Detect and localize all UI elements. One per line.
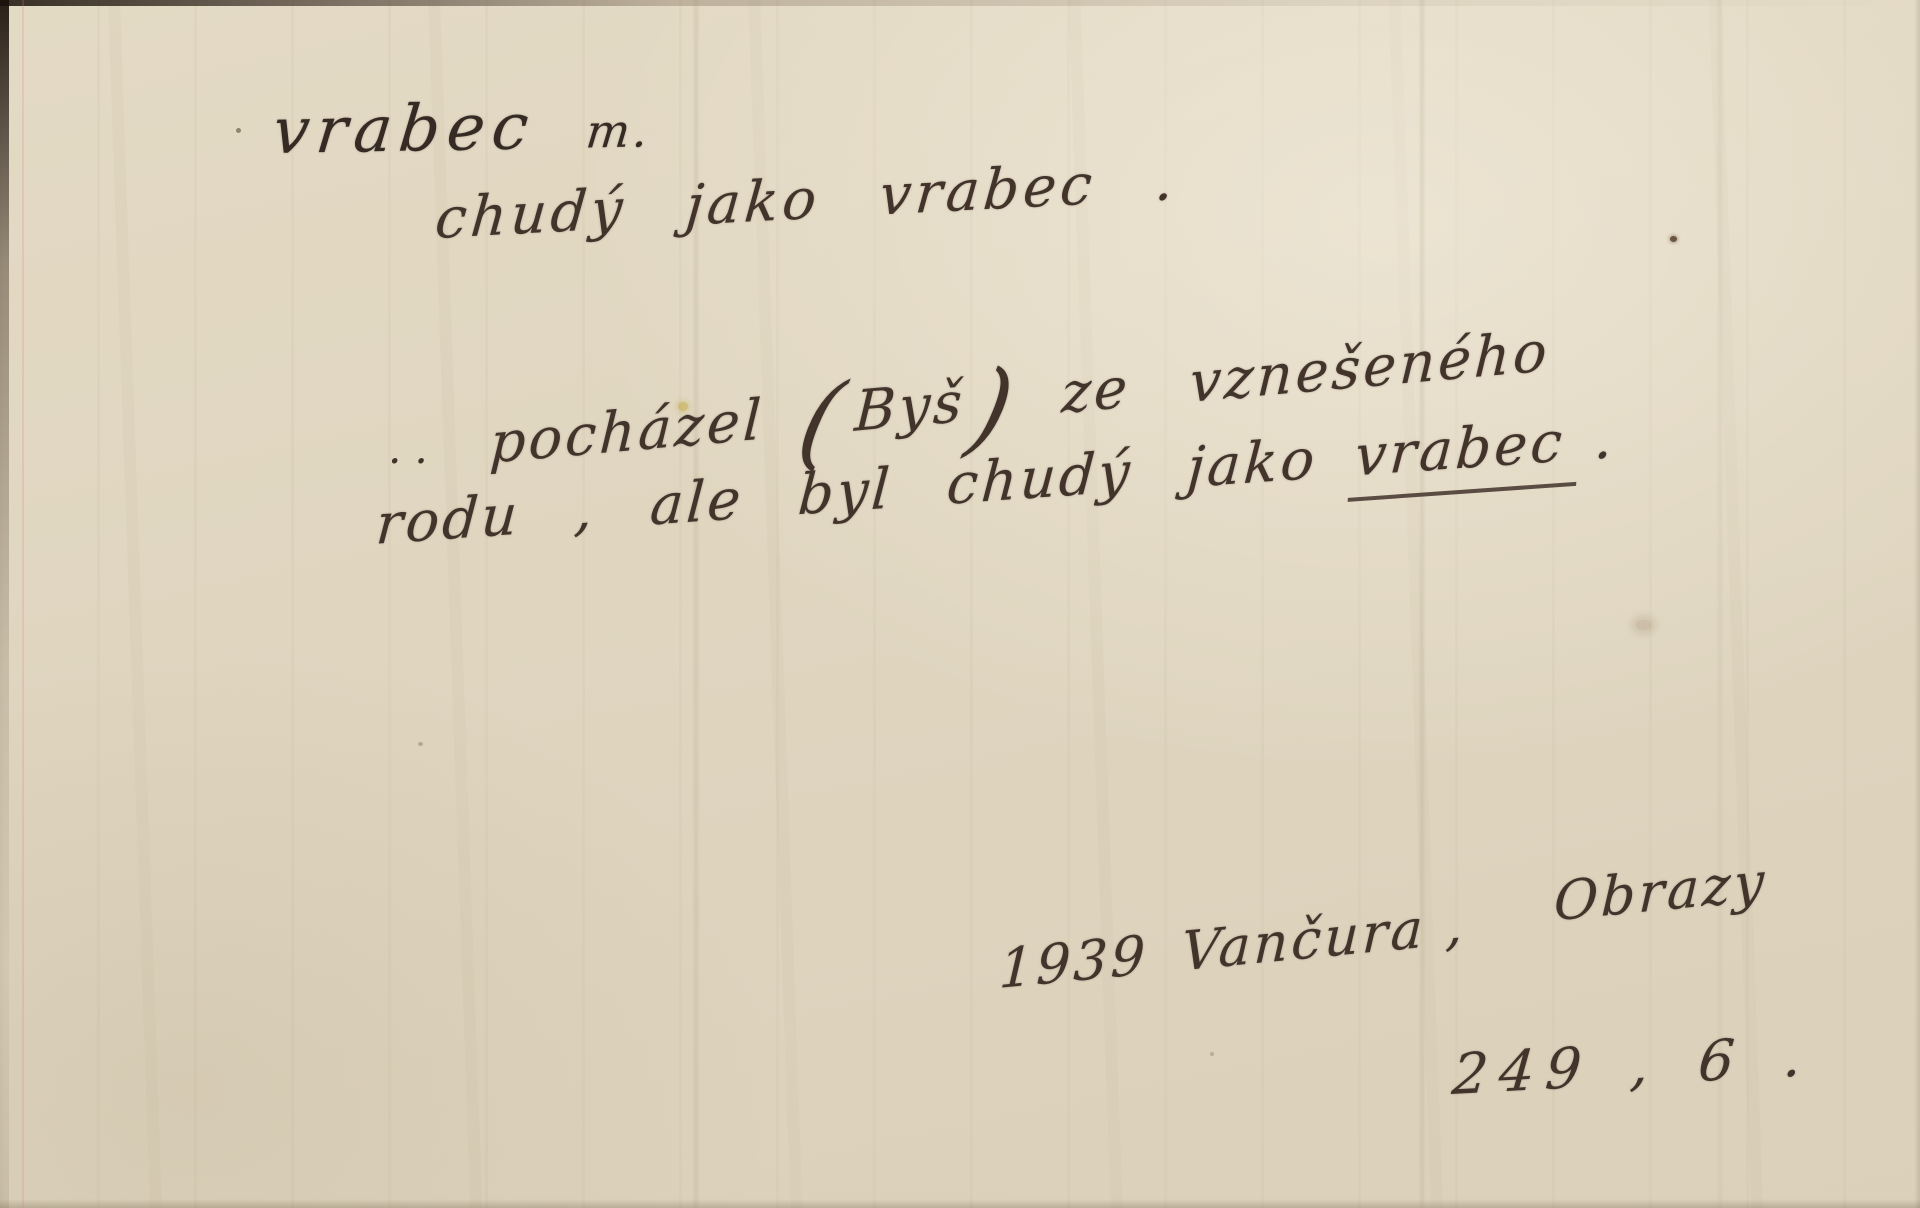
phrase-text: chudý jako vrabec . [433, 148, 1180, 252]
scan-bottom-edge [0, 1199, 1920, 1208]
scan-right-edge [1914, 0, 1920, 1208]
quote-word: pocházel [488, 388, 765, 478]
paper-crease [1716, 0, 1724, 1208]
gender-abbreviation: m. [584, 103, 654, 158]
quote-period: . [1592, 406, 1617, 473]
citation-work: Obrazy [1553, 849, 1769, 933]
paren-close: ) [961, 356, 1024, 460]
excerpt-card-scan: vrabecm. chudý jako vrabec . .. pocházel… [0, 0, 1920, 1208]
headword: vrabec [269, 90, 538, 169]
quote-word: vznešeného [1188, 319, 1551, 416]
paper-speck [236, 128, 241, 133]
scan-left-edge [0, 0, 9, 1208]
paper-speck [1670, 236, 1677, 242]
paper-speck [418, 742, 423, 746]
headword-line: vrabecm. [270, 93, 655, 164]
phrase-line: chudý jako vrabec . [433, 153, 1180, 248]
paper-crease [1418, 0, 1426, 1208]
scan-top-edge [0, 0, 1920, 6]
quote-character-name: Byš [853, 370, 967, 445]
paper-smudge [1636, 620, 1651, 630]
citation-line: 1939Vančura ,Obrazy [998, 869, 1767, 997]
citation-locator: 249 , 6 . [1450, 1029, 1815, 1104]
quote-word: ze [1060, 356, 1132, 428]
citation-year: 1939 [998, 923, 1150, 1001]
underlined-word: vrabec [1348, 413, 1581, 501]
paper-rule-line [22, 0, 24, 1208]
quote-leading-dots: .. [388, 424, 441, 473]
paper-speck [1210, 1052, 1214, 1056]
